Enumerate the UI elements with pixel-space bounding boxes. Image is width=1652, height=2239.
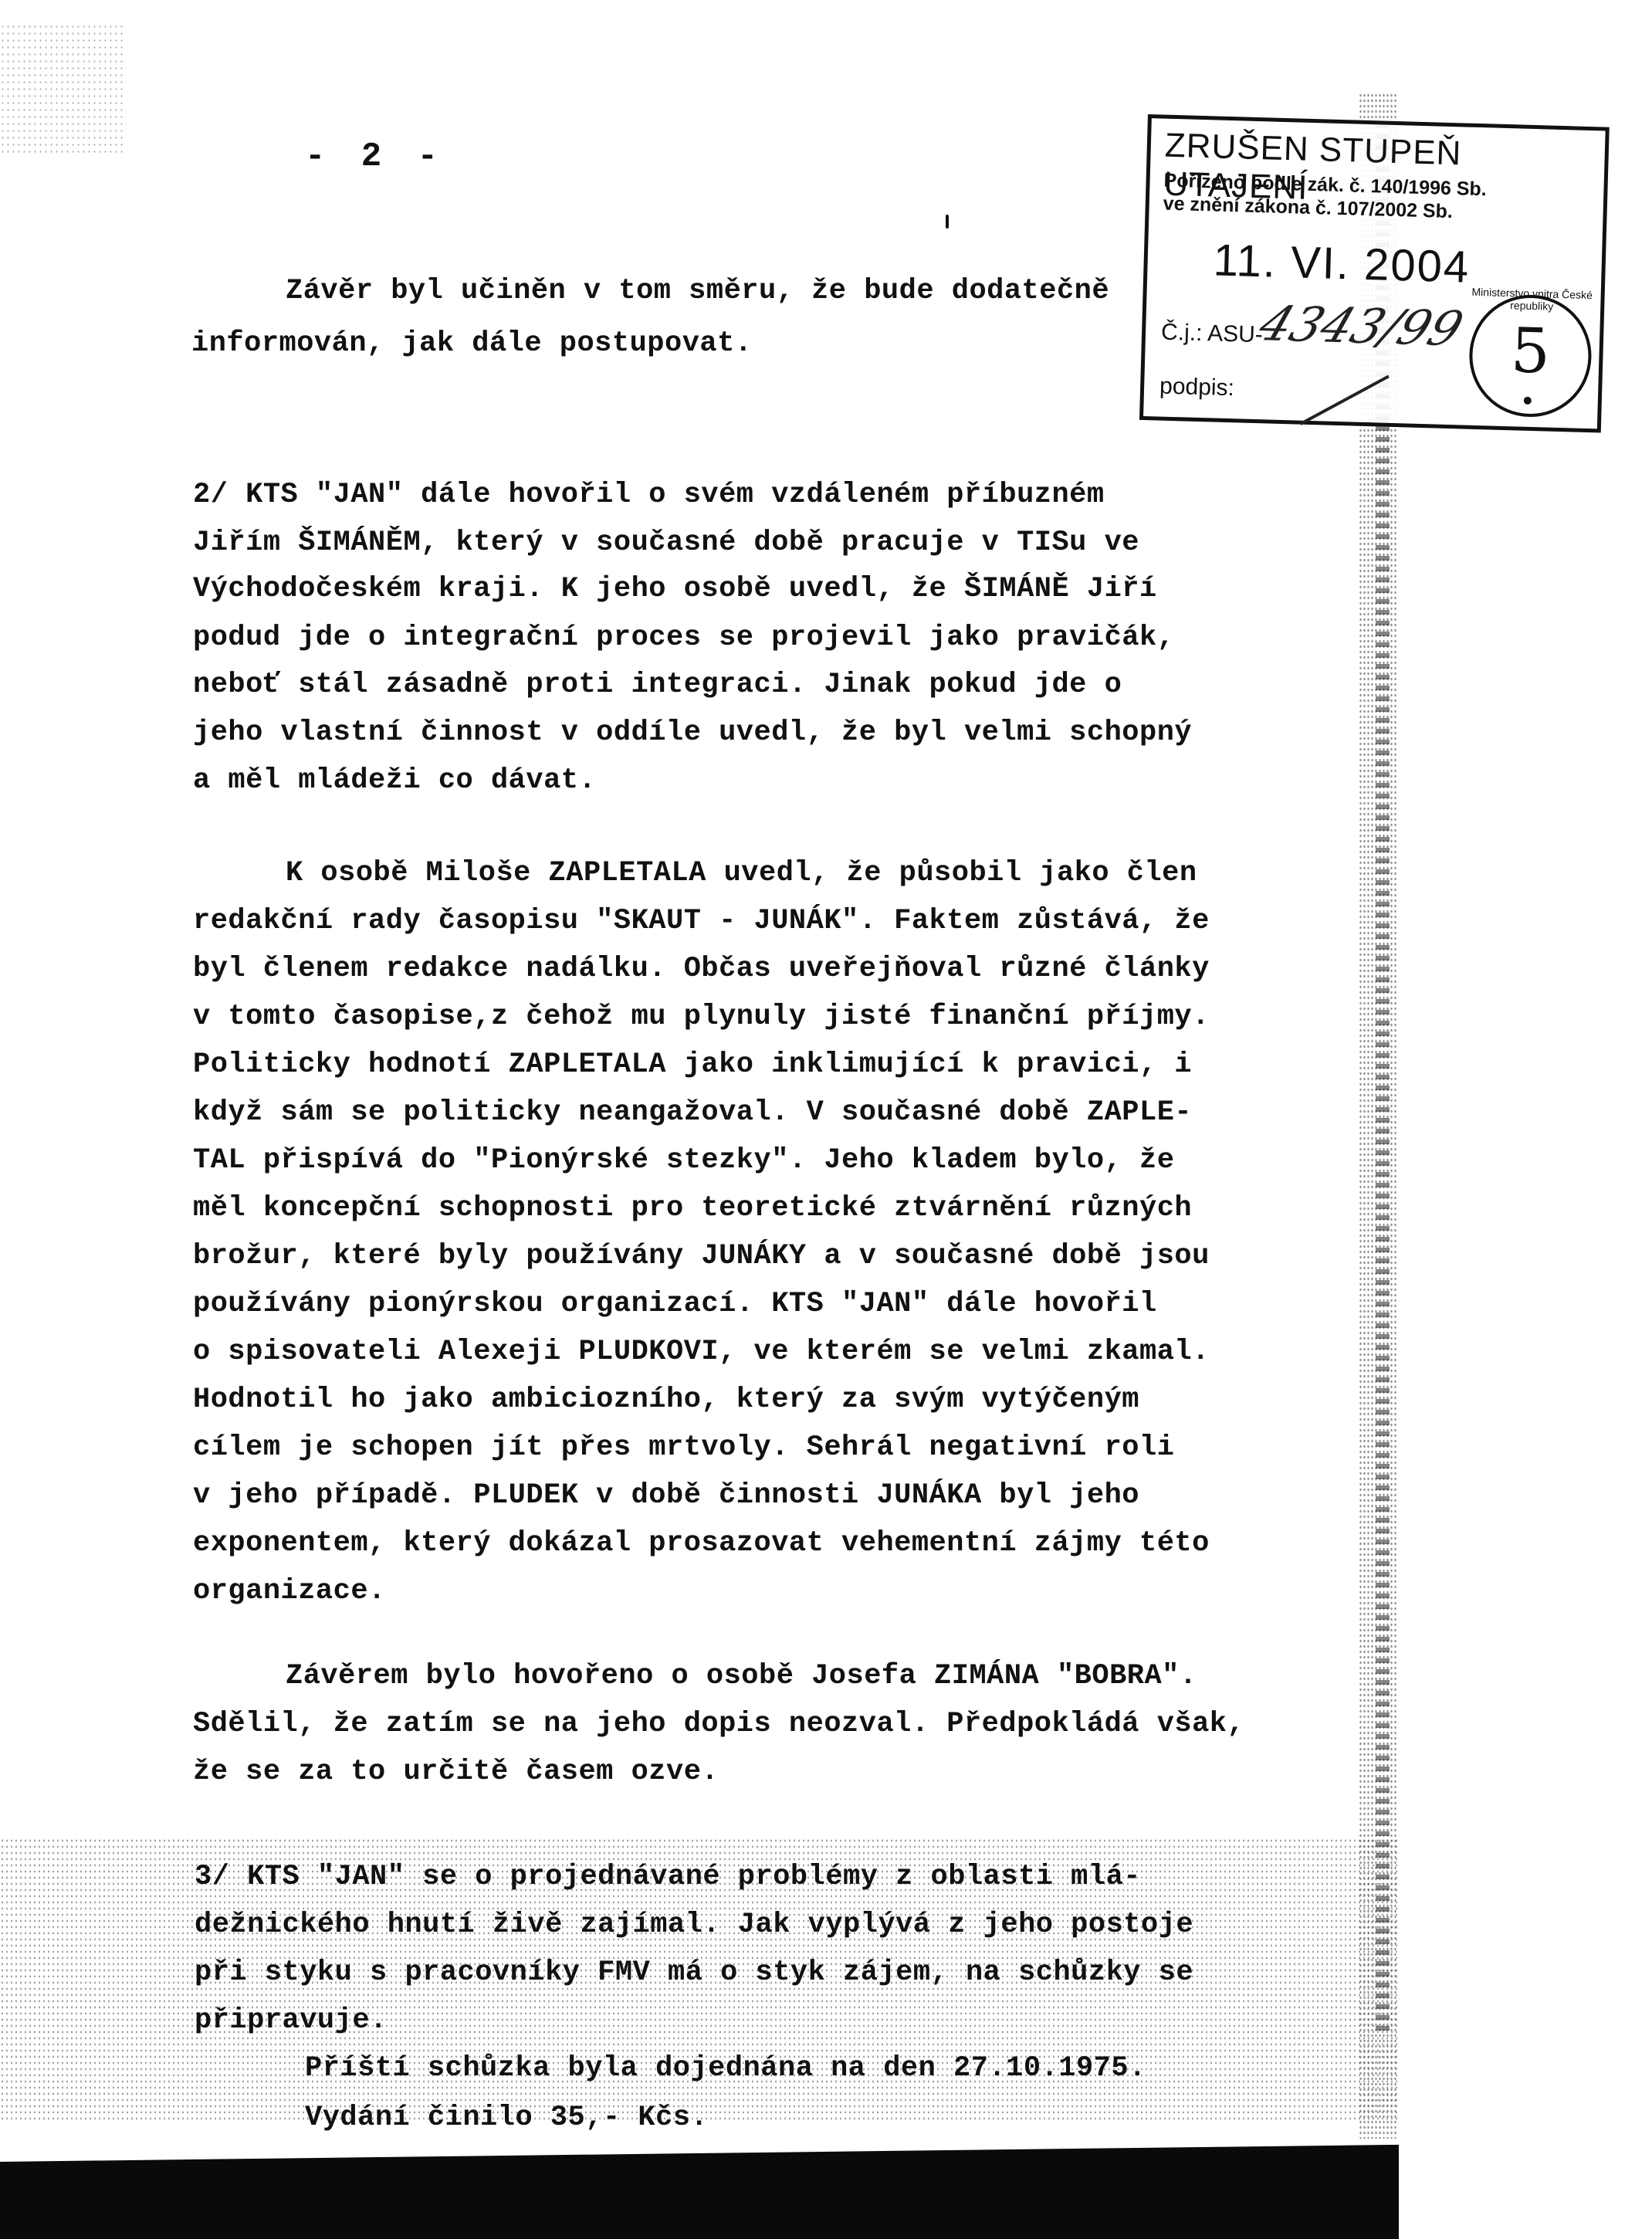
text-line: podud jde o integrační proces se projevi… xyxy=(193,622,1174,654)
text-line: o spisovateli Alexeji PLUDKOVI, ve které… xyxy=(193,1336,1210,1368)
text-line: 2/ KTS "JAN" dále hovořil o svém vzdálen… xyxy=(193,479,1105,511)
seal-number: 5 xyxy=(1471,313,1589,388)
text-line: Hodnotil ho jako ambiciozního, který za … xyxy=(193,1384,1139,1416)
text-line: Jiřím ŠIMÁNĚM, který v současné době pra… xyxy=(193,527,1139,559)
text-line: Sdělil, že zatím se na jeho dopis neozva… xyxy=(193,1708,1244,1740)
text-line: Politicky hodnotí ZAPLETALA jako inklimu… xyxy=(193,1048,1192,1081)
text-line: brožur, které byly používány JUNÁKY a v … xyxy=(193,1240,1210,1272)
text-line: když sám se politicky neangažoval. V sou… xyxy=(193,1096,1192,1129)
text-line: Závěrem bylo hovořeno o osobě Josefa ZIM… xyxy=(286,1660,1197,1692)
text-line: že se za to určitě časem ozve. xyxy=(193,1756,719,1788)
text-line: Příští schůzka byla dojednána na den 27.… xyxy=(305,2052,1146,2085)
stamp-reference-label: Č.j.: ASU- xyxy=(1161,320,1264,349)
text-line: organizace. xyxy=(193,1575,386,1607)
ink-mark xyxy=(946,215,949,229)
text-line: a měl mládeži co dávat. xyxy=(193,764,596,797)
text-line: neboť stál zásadně proti integraci. Jina… xyxy=(193,669,1122,701)
page-number: - 2 - xyxy=(305,137,445,176)
seal-dot-icon xyxy=(1524,397,1532,405)
text-line: TAL přispívá do "Pionýrské stezky". Jeho… xyxy=(193,1144,1174,1177)
seal-text: Ministerstvo vnitra České republiky xyxy=(1466,286,1598,314)
text-line: v tomto časopise,z čehož mu plynuly jist… xyxy=(193,1001,1210,1033)
text-line: Východočeském kraji. K jeho osobě uvedl,… xyxy=(193,573,1157,605)
text-line: K osobě Miloše ZAPLETALA uvedl, že působ… xyxy=(286,857,1197,889)
text-line: Závěr byl učiněn v tom směru, že bude do… xyxy=(286,275,1109,307)
text-line: jeho vlastní činnost v oddíle uvedl, že … xyxy=(193,716,1192,749)
text-line: při styku s pracovníky FMV má o styk záj… xyxy=(195,1956,1193,1989)
ministry-seal: Ministerstvo vnitra České republiky 5 xyxy=(1468,293,1593,418)
declassification-stamp: ZRUŠEN STUPEŇ UTAJENÍ Pořízeno podle zák… xyxy=(1139,114,1610,433)
text-line: byl členem redakce nadálku. Občas uveřej… xyxy=(193,953,1210,985)
text-line: připravuje. xyxy=(195,2004,388,2037)
text-line: v jeho případě. PLUDEK v době činnosti J… xyxy=(193,1479,1139,1512)
scan-bottom-border-fill xyxy=(0,2177,1399,2239)
text-line: používány pionýrskou organizací. KTS "JA… xyxy=(193,1288,1157,1320)
text-line: Vydání činilo 35,- Kčs. xyxy=(305,2102,708,2134)
text-line: 3/ KTS "JAN" se o projednávané problémy … xyxy=(195,1861,1141,1893)
text-line: měl koncepční schopnosti pro teoretické … xyxy=(193,1192,1192,1225)
text-line: cílem je schopen jít přes mrtvoly. Sehrá… xyxy=(193,1431,1174,1464)
scan-noise xyxy=(0,23,124,154)
stamp-signature-label: podpis: xyxy=(1159,374,1235,402)
text-line: informován, jak dále postupovat. xyxy=(191,327,753,360)
text-line: exponentem, který dokázal prosazovat veh… xyxy=(193,1527,1210,1560)
text-line: redakční rady časopisu "SKAUT - JUNÁK". … xyxy=(193,905,1210,937)
stamp-date: 11. VI. 2004 xyxy=(1213,234,1471,293)
text-line: dežnického hnutí živě zajímal. Jak vyplý… xyxy=(195,1909,1193,1941)
